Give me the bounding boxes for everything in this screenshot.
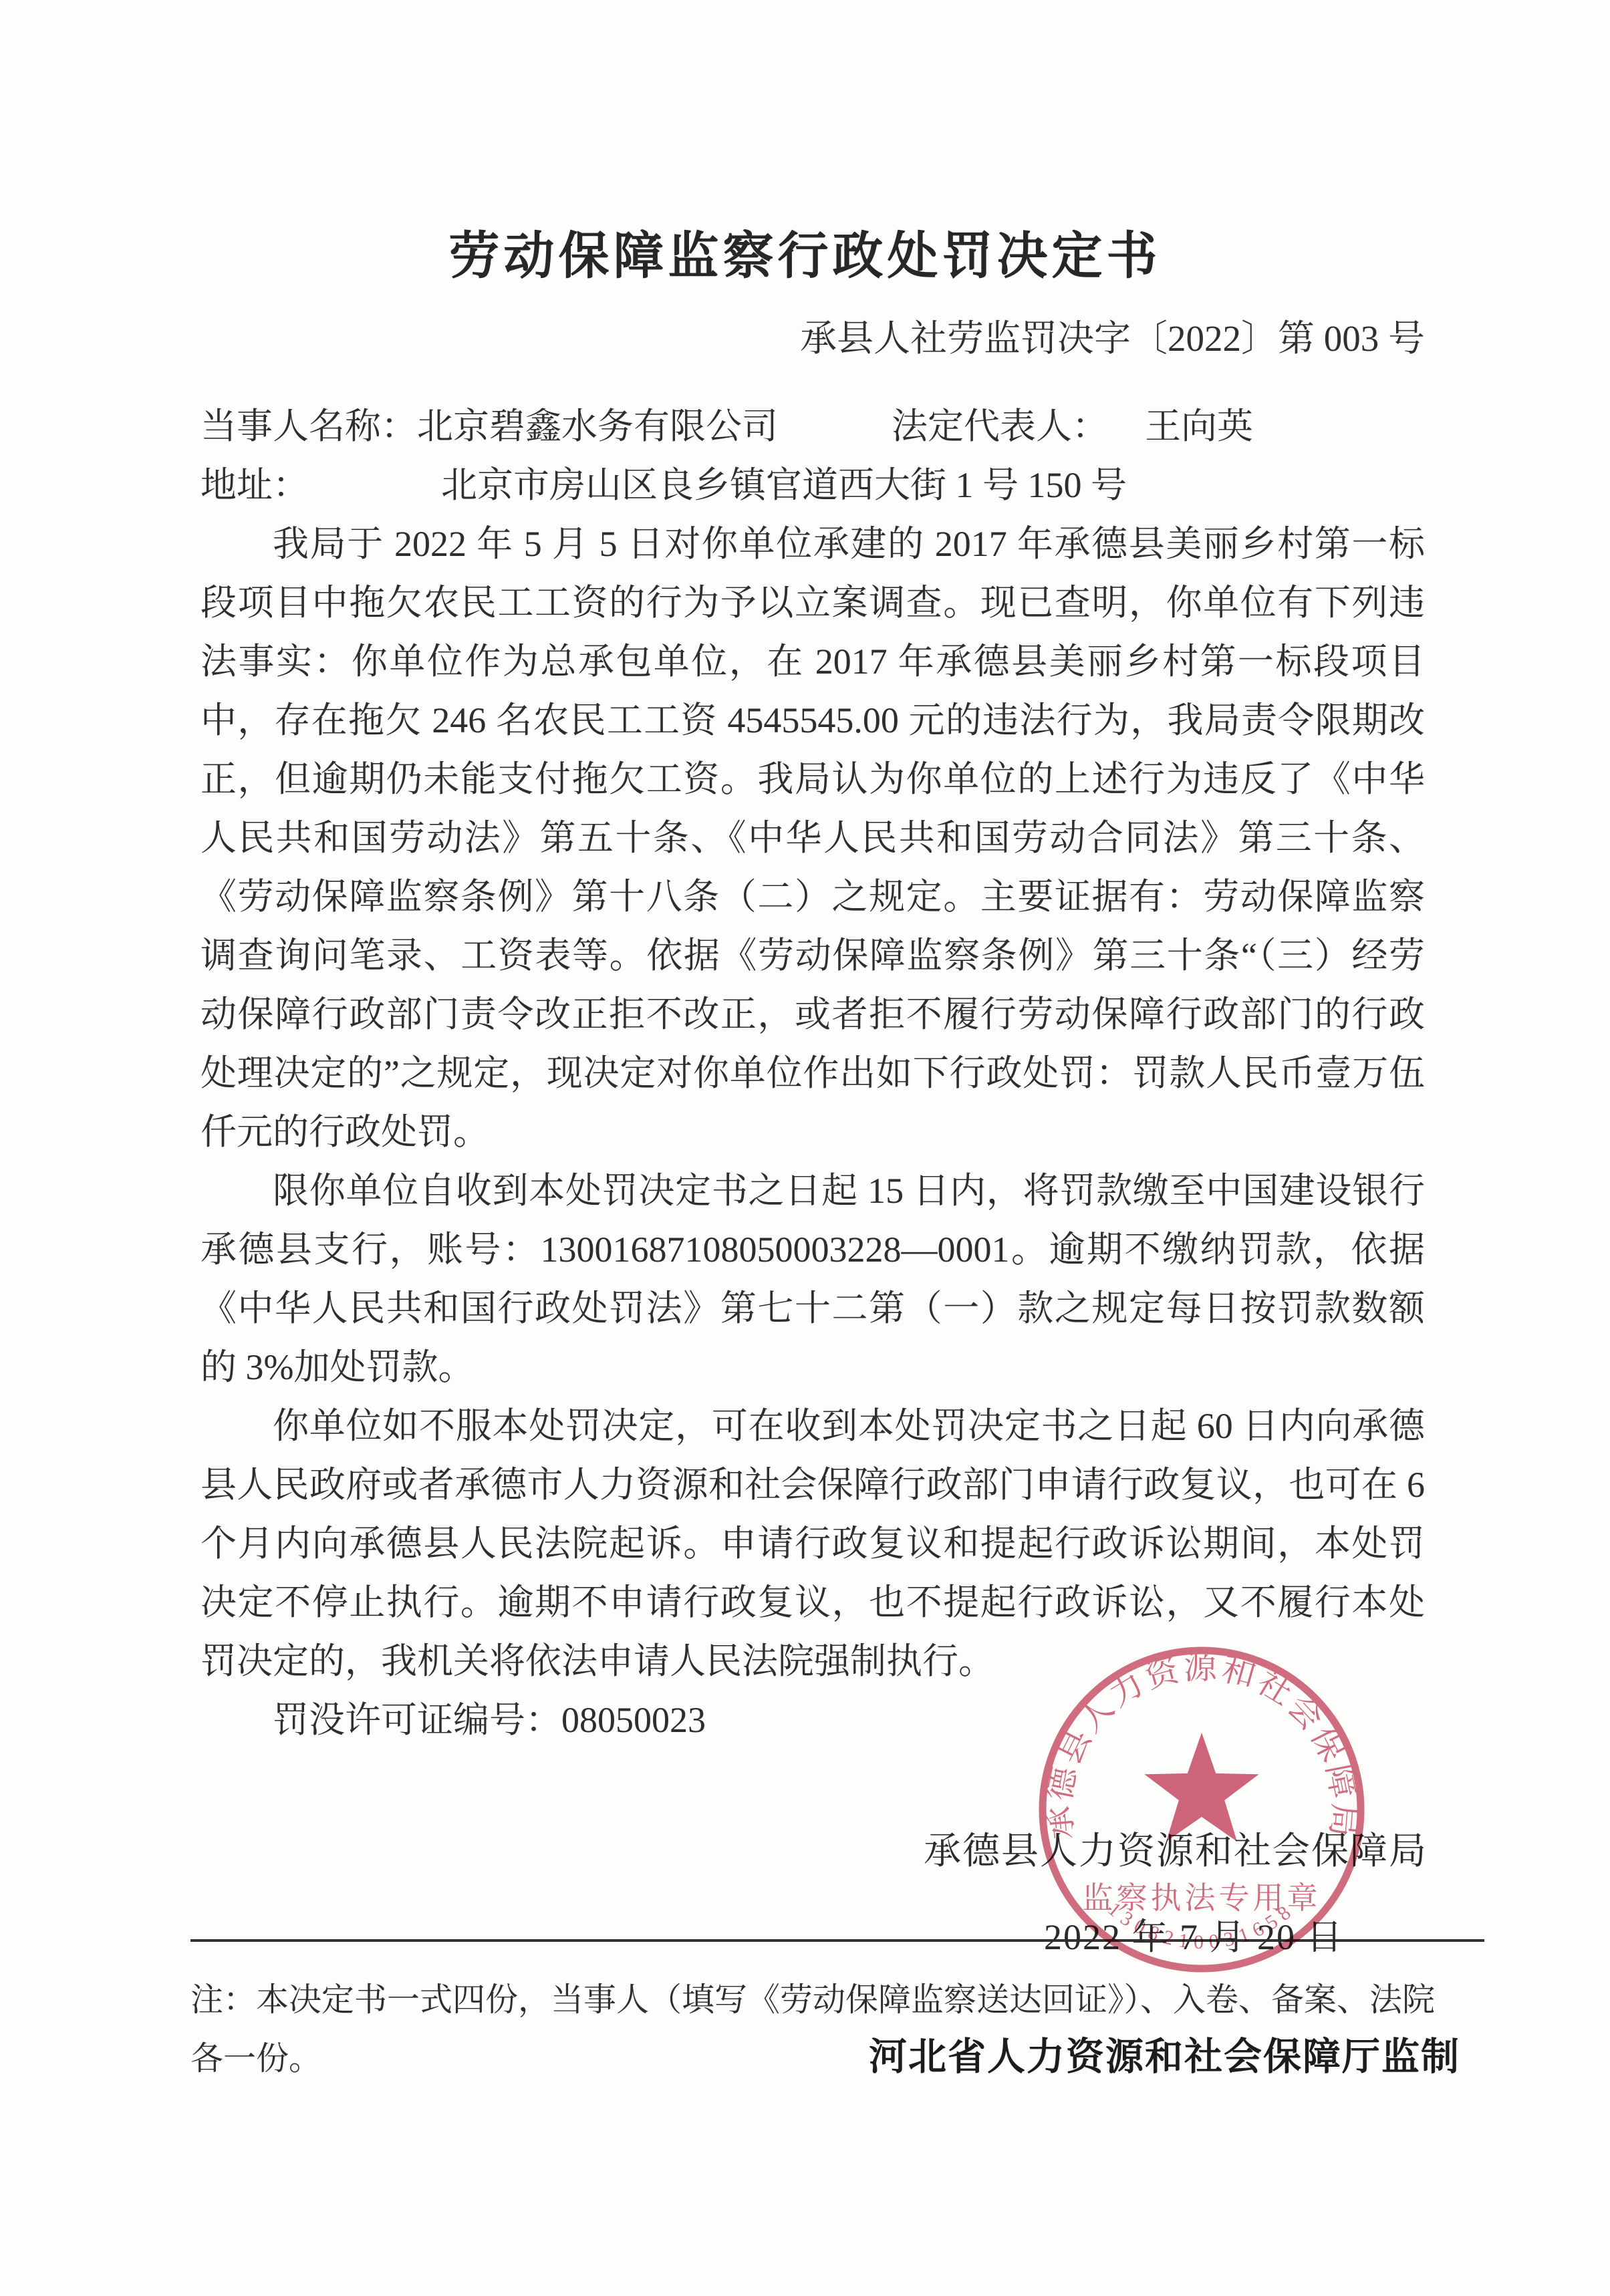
legal-rep-value: 王向英 <box>1145 397 1253 456</box>
footer-note: 注：本决定书一式四份，当事人（填写《劳动保障监察送达回证》）、入卷、备案、法院 … <box>190 1971 1460 2088</box>
document-title: 劳动保障监察行政处罚决定书 <box>0 215 1610 288</box>
penalty-license-number: 罚没许可证编号：08050023 <box>200 1691 1425 1749</box>
signature-office: 承德县人力资源和社会保障局 <box>924 1822 1428 1875</box>
address-label: 地址： <box>200 456 309 515</box>
document-body: 当事人名称：北京碧鑫水务有限公司 法定代表人：王向英 地址：北京市房山区良乡镇官… <box>200 397 1425 1749</box>
footer-note-row: 各一份。 河北省人力资源和社会保障厅监制 <box>190 2029 1460 2088</box>
document-page: 劳动保障监察行政处罚决定书 承县人社劳监罚决字〔2022〕第 003 号 当事人… <box>0 0 1610 2296</box>
address-value: 北京市房山区良乡镇官道西大街 1 号 150 号 <box>441 456 1127 515</box>
party-name-label: 当事人名称： <box>200 397 417 456</box>
body-paragraph-facts: 我局于 2022 年 5 月 5 日对你单位承建的 2017 年承德县美丽乡村第… <box>200 515 1425 1161</box>
footer-publisher: 河北省人力资源和社会保障厅监制 <box>869 2029 1460 2086</box>
footer-note-line2: 各一份。 <box>190 2030 321 2088</box>
document-number: 承县人社劳监罚决字〔2022〕第 003 号 <box>200 309 1425 362</box>
party-name-value: 北京碧鑫水务有限公司 <box>417 397 778 456</box>
signature-date: 2022 年 7 月 20 日 <box>1044 1908 1344 1960</box>
address-info-line: 地址：北京市房山区良乡镇官道西大街 1 号 150 号 <box>200 456 1425 515</box>
legal-rep-label: 法定代表人： <box>892 397 1108 456</box>
body-paragraph-appeal: 你单位如不服本处罚决定，可在收到本处罚决定书之日起 60 日内向承德县人民政府或… <box>200 1397 1425 1691</box>
body-paragraph-payment: 限你单位自收到本处罚决定书之日起 15 日内，将罚款缴至中国建设银行承德县支行，… <box>200 1161 1425 1397</box>
footer-note-line1: 注：本决定书一式四份，当事人（填写《劳动保障监察送达回证》）、入卷、备案、法院 <box>190 1971 1460 2029</box>
party-info-line: 当事人名称：北京碧鑫水务有限公司 法定代表人：王向英 <box>200 397 1425 456</box>
